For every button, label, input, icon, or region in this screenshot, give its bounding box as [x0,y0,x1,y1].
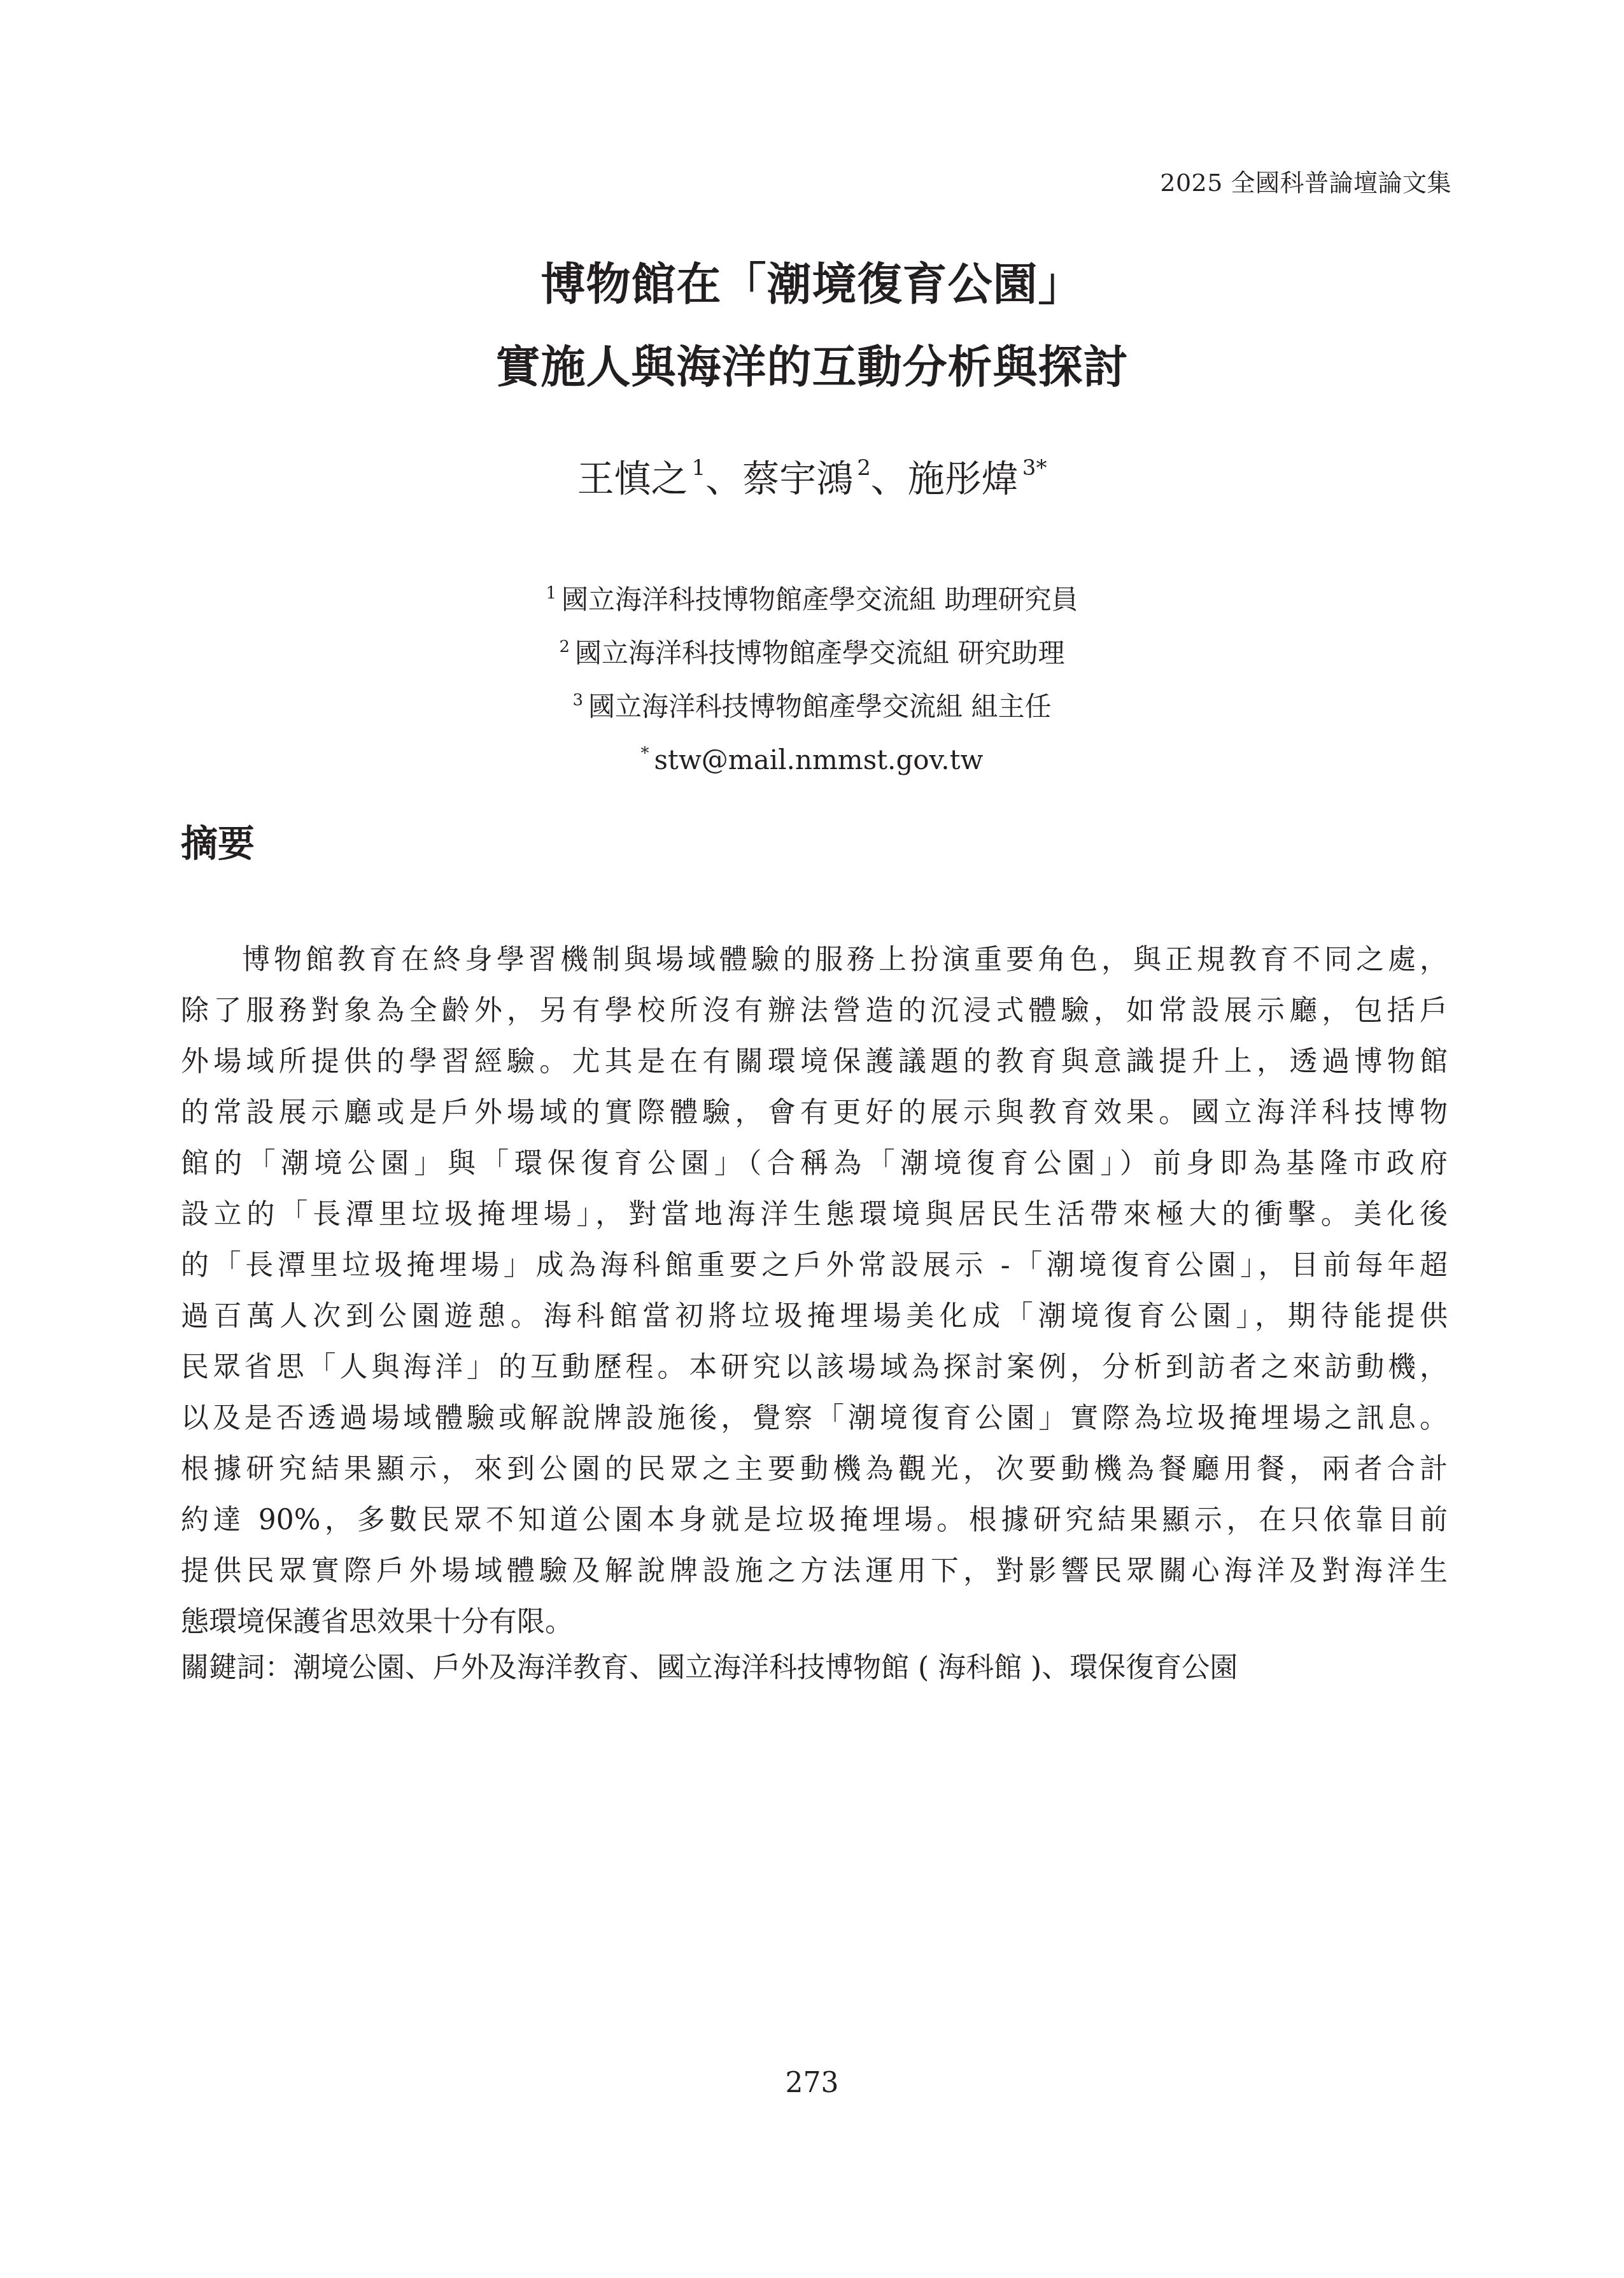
abstract-line: 外場域所提供的學習經驗。尤其是在有關環境保護議題的教育與意識提升上，透過博物館 [181,1036,1448,1087]
author-name: 王慎之 [577,457,688,500]
abstract-line: 過百萬人次到公園遊憩。海科館當初將垃圾掩埋場美化成「潮境復育公園」，期待能提供 [181,1291,1448,1342]
corresponding-mark: * [640,744,649,763]
running-header: 2025 全國科普論壇論文集 [1160,171,1451,195]
email-text: stw@mail.nmmst.gov.tw [654,744,983,775]
author-affiliation-mark: 3* [1022,455,1047,481]
contact-email: *stw@mail.nmmst.gov.tw [0,730,1624,784]
abstract-line: 的「長潭里垃圾掩埋場」成為海科館重要之戶外常設展示 -「潮境復育公園」，目前每年… [181,1240,1448,1291]
author-name: 施彤煒 [908,457,1019,500]
affiliation-text: 國立海洋科技博物館產學交流組 助理研究員 [561,584,1078,615]
affiliation-text: 國立海洋科技博物館產學交流組 研究助理 [575,637,1064,669]
abstract-line: 態環境保護省思效果十分有限。 [181,1597,1448,1648]
author-affiliation-mark: 2 [857,455,871,481]
affiliation-mark: 1 [546,584,557,603]
title-line-2: 實施人與海洋的互動分析與探討 [0,326,1624,409]
abstract-line: 提供民眾實際戶外場域體驗及解說牌設施之方法運用下，對影響民眾關心海洋及對海洋生 [181,1546,1448,1597]
page-number: 273 [0,2069,1624,2097]
affiliation-item: 2國立海洋科技博物館產學交流組 研究助理 [0,623,1624,677]
keywords: 關鍵詞：潮境公園、戶外及海洋教育、國立海洋科技博物館 ( 海科館 )、環保復育公… [181,1654,1238,1682]
abstract-line: 博物館教育在終身學習機制與場域體驗的服務上扮演重要角色，與正規教育不同之處， [181,935,1448,986]
abstract-line: 以及是否透過場域體驗或解說牌設施後，覺察「潮境復育公園」實際為垃圾掩埋場之訊息。 [181,1393,1448,1444]
affiliation-text: 國立海洋科技博物館產學交流組 組主任 [588,691,1051,722]
author-name: 蔡宇鴻 [742,457,853,500]
abstract-line: 約達 90%，多數民眾不知道公園本身就是垃圾掩埋場。根據研究結果顯示，在只依靠目… [181,1495,1448,1546]
abstract-line: 設立的「長潭里垃圾掩埋場」，對當地海洋生態環境與居民生活帶來極大的衝擊。美化後 [181,1189,1448,1240]
affiliation-list: 1國立海洋科技博物館產學交流組 助理研究員 2國立海洋科技博物館產學交流組 研究… [0,570,1624,784]
affiliation-item: 1國立海洋科技博物館產學交流組 助理研究員 [0,570,1624,623]
keywords-text: 潮境公園、戶外及海洋教育、國立海洋科技博物館 ( 海科館 )、環保復育公園 [293,1652,1238,1684]
affiliation-item: 3國立海洋科技博物館產學交流組 組主任 [0,677,1624,730]
author-list: 王慎之1、蔡宇鴻2、施彤煒3* [0,457,1624,497]
abstract-line: 民眾省思「人與海洋」的互動歷程。本研究以該場域為探討案例，分析到訪者之來訪動機， [181,1342,1448,1393]
abstract-line: 除了服務對象為全齡外，另有學校所沒有辦法營造的沉浸式體驗，如常設展示廳，包括戶 [181,986,1448,1036]
affiliation-mark: 2 [560,637,570,656]
author-separator: 、 [871,457,908,500]
author-separator: 、 [705,457,742,500]
affiliation-mark: 3 [573,691,584,710]
abstract-line: 根據研究結果顯示，來到公園的民眾之主要動機為觀光，次要動機為餐廳用餐，兩者合計 [181,1444,1448,1495]
abstract-body: 博物館教育在終身學習機制與場域體驗的服務上扮演重要角色，與正規教育不同之處， 除… [181,935,1448,1648]
author-affiliation-mark: 1 [692,455,706,481]
abstract-line: 的常設展示廳或是戶外場域的實際體驗，會有更好的展示與教育效果。國立海洋科技博物 [181,1087,1448,1138]
title-line-1: 博物館在「潮境復育公園」 [0,243,1624,326]
abstract-heading: 摘要 [181,825,255,862]
abstract-line: 館的「潮境公園」與「環保復育公園」（合稱為「潮境復育公園」）前身即為基隆市政府 [181,1138,1448,1189]
keywords-label: 關鍵詞： [181,1652,293,1684]
paper-title: 博物館在「潮境復育公園」 實施人與海洋的互動分析與探討 [0,243,1624,409]
